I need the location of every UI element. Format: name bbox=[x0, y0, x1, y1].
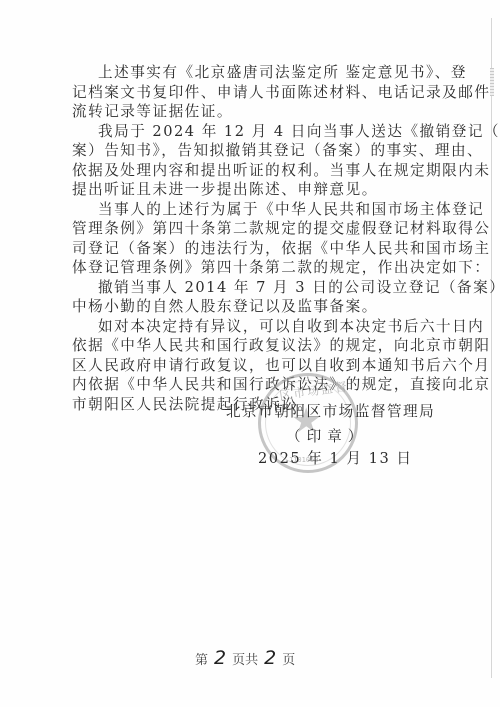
scan-edge-line bbox=[491, 18, 492, 678]
footer-suffix: 页 bbox=[282, 653, 295, 668]
total-pages-number: 2 bbox=[258, 647, 282, 669]
text-line: 体登记管理条例》第四十条第二款的规定，作出决定如下： bbox=[72, 258, 418, 278]
seal-label: （印章） bbox=[286, 425, 368, 446]
text-line: 司登记（备案）的违法行为，依据《中华人民共和国市场主 bbox=[72, 239, 418, 259]
text-line: 我局于 2024 年 12 月 4 日向当事人送达《撤销登记（备 bbox=[72, 122, 418, 142]
paragraph-evidence: 上述事实有《北京盛唐司法鉴定所 鉴定意见书》、登 记档案文书复印件、申请人书面陈… bbox=[72, 63, 418, 122]
text-line: 如对本决定持有异议，可以自收到本决定书后六十日内 bbox=[72, 317, 418, 337]
text-line: 中杨小勤的自然人股东登记以及监事备案。 bbox=[72, 297, 418, 317]
text-line: 依据《中华人民共和国行政复议法》的规定，向北京市朝阳 bbox=[72, 336, 418, 356]
text-line: 上述事实有《北京盛唐司法鉴定所 鉴定意见书》、登 bbox=[72, 63, 418, 83]
footer-middle: 页共 bbox=[232, 653, 258, 668]
page-number-footer: 第2页共2页 bbox=[195, 647, 295, 669]
current-page-number: 2 bbox=[208, 647, 232, 669]
text-line: 提出听证且未进一步提出陈述、申辩意见。 bbox=[72, 180, 418, 200]
scan-edge-mark bbox=[490, 68, 494, 96]
issue-date: 2025 年 1 月 13 日 bbox=[258, 447, 412, 468]
issuing-organization: 北京市朝阳区市场监督管理局 bbox=[226, 400, 435, 421]
text-line: 内依据《中华人民共和国行政诉讼法》的规定，直接向北京 bbox=[72, 375, 418, 395]
footer-prefix: 第 bbox=[195, 653, 208, 668]
text-line: 流转记录等证据佐证。 bbox=[72, 102, 418, 122]
text-line: 案）告知书》，告知拟撤销其登记（备案）的事实、理由、 bbox=[72, 141, 418, 161]
paragraph-violation: 当事人的上述行为属于《中华人民共和国市场主体登记 管理条例》第四十条第二款规定的… bbox=[72, 200, 418, 278]
text-line: 记档案文书复印件、申请人书面陈述材料、电话记录及邮件 bbox=[72, 83, 418, 103]
paragraph-decision: 撤销当事人 2014 年 7 月 3 日的公司设立登记（备案） 中杨小勤的自然人… bbox=[72, 278, 418, 317]
text-line: 管理条例》第四十条第二款规定的提交虚假登记材料取得公 bbox=[72, 219, 418, 239]
text-line: 撤销当事人 2014 年 7 月 3 日的公司设立登记（备案） bbox=[72, 278, 418, 298]
paragraph-notice: 我局于 2024 年 12 月 4 日向当事人送达《撤销登记（备 案）告知书》，… bbox=[72, 122, 418, 200]
text-line: 依据及处理内容和提出听证的权利。当事人在规定期限内未 bbox=[72, 161, 418, 181]
text-line: 区人民政府申请行政复议，也可以自收到本通知书后六个月 bbox=[72, 356, 418, 376]
document-page: 上述事实有《北京盛唐司法鉴定所 鉴定意见书》、登 记档案文书复印件、申请人书面陈… bbox=[0, 0, 500, 707]
document-body: 上述事实有《北京盛唐司法鉴定所 鉴定意见书》、登 记档案文书复印件、申请人书面陈… bbox=[72, 63, 418, 414]
text-line: 当事人的上述行为属于《中华人民共和国市场主体登记 bbox=[72, 200, 418, 220]
